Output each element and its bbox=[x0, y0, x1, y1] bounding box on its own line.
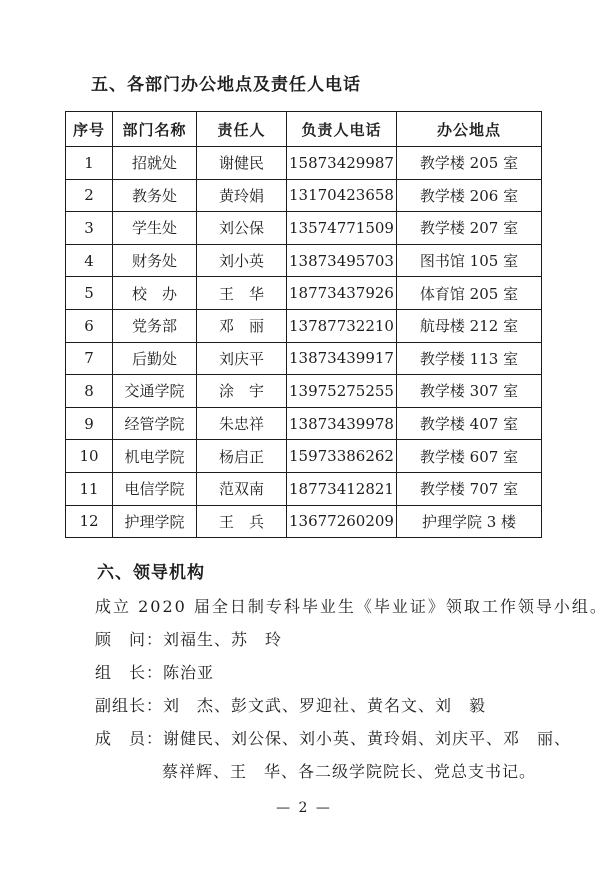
cell-phone: 18773412821 bbox=[287, 472, 397, 505]
cell-department: 经管学院 bbox=[113, 407, 197, 440]
document-page: 五、各部门办公地点及责任人电话 序号 部门名称 责任人 负责人电话 办公地点 1… bbox=[0, 0, 608, 816]
cell-person: 刘公保 bbox=[197, 212, 287, 245]
cell-location: 教学楼 607 室 bbox=[397, 440, 542, 473]
header-seq: 序号 bbox=[66, 112, 113, 147]
cell-phone: 13574771509 bbox=[287, 212, 397, 245]
cell-department: 教务处 bbox=[113, 179, 197, 212]
cell-phone: 13873439917 bbox=[287, 342, 397, 375]
cell-department: 机电学院 bbox=[113, 440, 197, 473]
cell-location: 护理学院 3 楼 bbox=[397, 505, 542, 538]
cell-seq: 9 bbox=[66, 407, 113, 440]
section6-intro: 成立 2020 届全日制专科毕业生《毕业证》领取工作领导小组。 bbox=[95, 590, 608, 623]
header-phone: 负责人电话 bbox=[287, 112, 397, 147]
cell-location: 教学楼 207 室 bbox=[397, 212, 542, 245]
cell-department: 电信学院 bbox=[113, 472, 197, 505]
cell-seq: 5 bbox=[66, 277, 113, 310]
cell-person: 朱忠祥 bbox=[197, 407, 287, 440]
cell-phone: 13873439978 bbox=[287, 407, 397, 440]
cell-seq: 1 bbox=[66, 147, 113, 180]
cell-department: 招就处 bbox=[113, 147, 197, 180]
cell-seq: 11 bbox=[66, 472, 113, 505]
section5-heading: 五、各部门办公地点及责任人电话 bbox=[91, 74, 608, 96]
cell-location: 教学楼 113 室 bbox=[397, 342, 542, 375]
cell-location: 教学楼 307 室 bbox=[397, 375, 542, 408]
cell-department: 护理学院 bbox=[113, 505, 197, 538]
members-line-continued: 蔡祥辉、王 华、各二级学院院长、党总支书记。 bbox=[162, 755, 608, 788]
table-row: 1 招就处 谢健民 15873429987 教学楼 205 室 bbox=[66, 147, 542, 180]
cell-seq: 6 bbox=[66, 309, 113, 342]
table-row: 6 党务部 邓 丽 13787732210 航母楼 212 室 bbox=[66, 309, 542, 342]
cell-person: 范双南 bbox=[197, 472, 287, 505]
table-row: 10 机电学院 杨启正 15973386262 教学楼 607 室 bbox=[66, 440, 542, 473]
cell-department: 财务处 bbox=[113, 244, 197, 277]
cell-person: 邓 丽 bbox=[197, 309, 287, 342]
cell-phone: 18773437926 bbox=[287, 277, 397, 310]
table-row: 3 学生处 刘公保 13574771509 教学楼 207 室 bbox=[66, 212, 542, 245]
page-number: — 2 — bbox=[0, 800, 608, 816]
cell-location: 图书馆 105 室 bbox=[397, 244, 542, 277]
cell-person: 王 华 bbox=[197, 277, 287, 310]
cell-department: 交通学院 bbox=[113, 375, 197, 408]
table-header-row: 序号 部门名称 责任人 负责人电话 办公地点 bbox=[66, 112, 542, 147]
cell-phone: 13975275255 bbox=[287, 375, 397, 408]
cell-person: 涂 宇 bbox=[197, 375, 287, 408]
cell-location: 教学楼 206 室 bbox=[397, 179, 542, 212]
cell-phone: 13677260209 bbox=[287, 505, 397, 538]
cell-phone: 15973386262 bbox=[287, 440, 397, 473]
cell-department: 党务部 bbox=[113, 309, 197, 342]
cell-seq: 2 bbox=[66, 179, 113, 212]
table-row: 7 后勤处 刘庆平 13873439917 教学楼 113 室 bbox=[66, 342, 542, 375]
cell-department: 学生处 bbox=[113, 212, 197, 245]
advisor-line: 顾 问：刘福生、苏 玲 bbox=[95, 623, 608, 656]
deputy-leader-line: 副组长：刘 杰、彭文武、罗迎社、黄名文、刘 毅 bbox=[95, 689, 608, 722]
cell-phone: 15873429987 bbox=[287, 147, 397, 180]
cell-location: 航母楼 212 室 bbox=[397, 309, 542, 342]
members-line: 成 员：谢健民、刘公保、刘小英、黄玲娟、刘庆平、邓 丽、 bbox=[95, 722, 608, 755]
cell-seq: 10 bbox=[66, 440, 113, 473]
cell-person: 王 兵 bbox=[197, 505, 287, 538]
cell-location: 教学楼 205 室 bbox=[397, 147, 542, 180]
cell-person: 刘庆平 bbox=[197, 342, 287, 375]
cell-location: 教学楼 407 室 bbox=[397, 407, 542, 440]
table-row: 4 财务处 刘小英 13873495703 图书馆 105 室 bbox=[66, 244, 542, 277]
header-location: 办公地点 bbox=[397, 112, 542, 147]
cell-person: 黄玲娟 bbox=[197, 179, 287, 212]
cell-seq: 8 bbox=[66, 375, 113, 408]
leader-line: 组 长：陈治亚 bbox=[95, 656, 608, 689]
table-row: 11 电信学院 范双南 18773412821 教学楼 707 室 bbox=[66, 472, 542, 505]
cell-person: 刘小英 bbox=[197, 244, 287, 277]
cell-person: 杨启正 bbox=[197, 440, 287, 473]
header-person: 责任人 bbox=[197, 112, 287, 147]
cell-seq: 4 bbox=[66, 244, 113, 277]
table-row: 9 经管学院 朱忠祥 13873439978 教学楼 407 室 bbox=[66, 407, 542, 440]
section6-heading: 六、领导机构 bbox=[97, 562, 608, 584]
table-row: 2 教务处 黄玲娟 13170423658 教学楼 206 室 bbox=[66, 179, 542, 212]
table-row: 8 交通学院 涂 宇 13975275255 教学楼 307 室 bbox=[66, 375, 542, 408]
cell-phone: 13873495703 bbox=[287, 244, 397, 277]
cell-seq: 12 bbox=[66, 505, 113, 538]
cell-location: 教学楼 707 室 bbox=[397, 472, 542, 505]
cell-department: 后勤处 bbox=[113, 342, 197, 375]
table-row: 12 护理学院 王 兵 13677260209 护理学院 3 楼 bbox=[66, 505, 542, 538]
cell-person: 谢健民 bbox=[197, 147, 287, 180]
cell-phone: 13170423658 bbox=[287, 179, 397, 212]
cell-seq: 7 bbox=[66, 342, 113, 375]
cell-location: 体育馆 205 室 bbox=[397, 277, 542, 310]
header-department: 部门名称 bbox=[113, 112, 197, 147]
cell-seq: 3 bbox=[66, 212, 113, 245]
table-row: 5 校 办 王 华 18773437926 体育馆 205 室 bbox=[66, 277, 542, 310]
department-contact-table: 序号 部门名称 责任人 负责人电话 办公地点 1 招就处 谢健民 1587342… bbox=[65, 111, 542, 538]
cell-phone: 13787732210 bbox=[287, 309, 397, 342]
cell-department: 校 办 bbox=[113, 277, 197, 310]
